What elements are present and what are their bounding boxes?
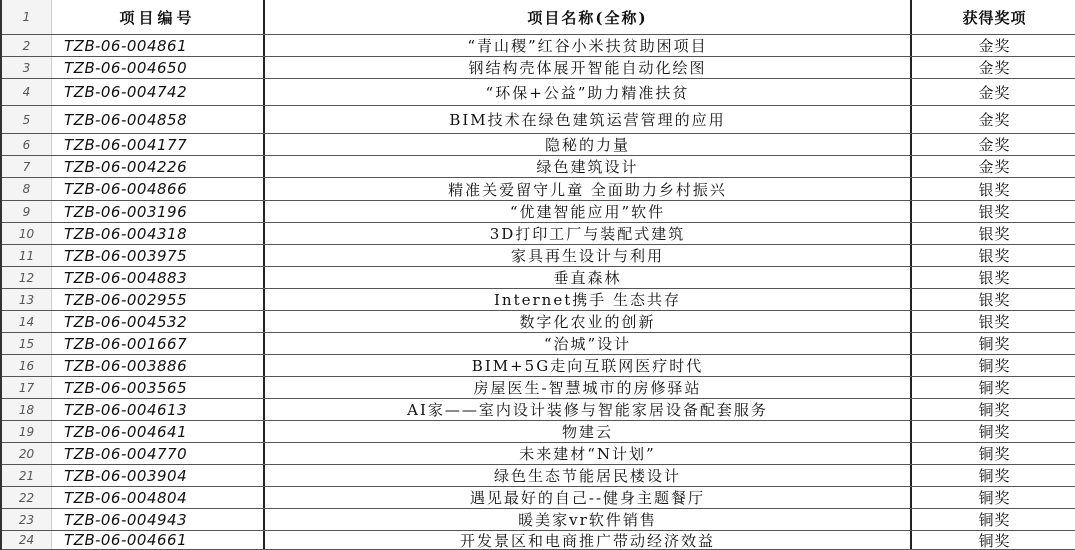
project-id-cell[interactable]: TZB-06-004943 xyxy=(52,509,265,530)
project-id-cell[interactable]: TZB-06-004650 xyxy=(52,57,265,78)
project-name-cell[interactable]: “治城”设计 xyxy=(265,333,912,354)
row-number[interactable]: 4 xyxy=(2,79,52,105)
award-cell[interactable]: 银奖 xyxy=(912,267,1075,288)
table-row: 4TZB-06-004742“环保+公益”助力精准扶贫金奖 xyxy=(2,79,1075,106)
project-name-cell[interactable]: 开发景区和电商推广带动经济效益 xyxy=(265,531,912,549)
row-number[interactable]: 2 xyxy=(2,35,52,56)
row-number[interactable]: 16 xyxy=(2,355,52,376)
project-id-cell[interactable]: TZB-06-004742 xyxy=(52,79,265,105)
header-award[interactable]: 获得奖项 xyxy=(912,0,1075,34)
row-number[interactable]: 23 xyxy=(2,509,52,530)
project-name-cell[interactable]: 数字化农业的创新 xyxy=(265,311,912,332)
award-cell[interactable]: 铜奖 xyxy=(912,465,1075,486)
project-id-cell[interactable]: TZB-06-004318 xyxy=(52,223,265,244)
award-cell[interactable]: 银奖 xyxy=(912,245,1075,266)
project-name-cell[interactable]: “优建智能应用”软件 xyxy=(265,201,912,222)
table-row: 21TZB-06-003904绿色生态节能居民楼设计铜奖 xyxy=(2,465,1075,487)
row-number[interactable]: 1 xyxy=(2,0,52,34)
award-cell[interactable]: 铜奖 xyxy=(912,443,1075,464)
row-number[interactable]: 24 xyxy=(2,531,52,549)
project-id-cell[interactable]: TZB-06-003196 xyxy=(52,201,265,222)
project-name-cell[interactable]: 隐秘的力量 xyxy=(265,134,912,155)
project-id-cell[interactable]: TZB-06-004858 xyxy=(52,106,265,133)
row-number[interactable]: 22 xyxy=(2,487,52,508)
award-cell[interactable]: 金奖 xyxy=(912,156,1075,177)
award-cell[interactable]: 银奖 xyxy=(912,201,1075,222)
project-name-cell[interactable]: 垂直森林 xyxy=(265,267,912,288)
project-id-cell[interactable]: TZB-06-003565 xyxy=(52,377,265,398)
table-row: 14TZB-06-004532数字化农业的创新银奖 xyxy=(2,311,1075,333)
table-row: 17TZB-06-003565房屋医生-智慧城市的房修驿站铜奖 xyxy=(2,377,1075,399)
table-row: 3TZB-06-004650钢结构壳体展开智能自动化绘图金奖 xyxy=(2,57,1075,79)
table-row: 20TZB-06-004770未来建材“N计划”铜奖 xyxy=(2,443,1075,465)
row-number[interactable]: 5 xyxy=(2,106,52,133)
table-row: 15TZB-06-001667“治城”设计铜奖 xyxy=(2,333,1075,355)
row-number[interactable]: 13 xyxy=(2,289,52,310)
project-id-cell[interactable]: TZB-06-002955 xyxy=(52,289,265,310)
project-id-cell[interactable]: TZB-06-003886 xyxy=(52,355,265,376)
award-cell[interactable]: 铜奖 xyxy=(912,333,1075,354)
award-cell[interactable]: 金奖 xyxy=(912,79,1075,105)
row-number[interactable]: 9 xyxy=(2,201,52,222)
row-number[interactable]: 18 xyxy=(2,399,52,420)
header-project-name[interactable]: 项目名称(全称) xyxy=(265,0,912,34)
award-cell[interactable]: 铜奖 xyxy=(912,399,1075,420)
project-name-cell[interactable]: Internet携手 生态共存 xyxy=(265,289,912,310)
table-row: 2TZB-06-004861“青山稷”红谷小米扶贫助困项目金奖 xyxy=(2,35,1075,57)
row-number[interactable]: 10 xyxy=(2,223,52,244)
project-name-cell[interactable]: 家具再生设计与利用 xyxy=(265,245,912,266)
row-number[interactable]: 17 xyxy=(2,377,52,398)
table-row: 22TZB-06-004804遇见最好的自己--健身主题餐厅铜奖 xyxy=(2,487,1075,509)
award-cell[interactable]: 金奖 xyxy=(912,35,1075,56)
project-id-cell[interactable]: TZB-06-004641 xyxy=(52,421,265,442)
project-name-cell[interactable]: 绿色生态节能居民楼设计 xyxy=(265,465,912,486)
award-cell[interactable]: 金奖 xyxy=(912,134,1075,155)
row-number[interactable]: 8 xyxy=(2,178,52,200)
project-name-cell[interactable]: 物建云 xyxy=(265,421,912,442)
table-row: 6TZB-06-004177隐秘的力量金奖 xyxy=(2,134,1075,156)
table-row: 18TZB-06-004613AI家——室内设计装修与智能家居设备配套服务铜奖 xyxy=(2,399,1075,421)
project-name-cell[interactable]: “青山稷”红谷小米扶贫助困项目 xyxy=(265,35,912,56)
project-id-cell[interactable]: TZB-06-004861 xyxy=(52,35,265,56)
project-id-cell[interactable]: TZB-06-004177 xyxy=(52,134,265,155)
row-number[interactable]: 11 xyxy=(2,245,52,266)
project-id-cell[interactable]: TZB-06-003975 xyxy=(52,245,265,266)
project-id-cell[interactable]: TZB-06-004804 xyxy=(52,487,265,508)
project-name-cell[interactable]: AI家——室内设计装修与智能家居设备配套服务 xyxy=(265,399,912,420)
award-cell[interactable]: 金奖 xyxy=(912,106,1075,133)
table-row: 11TZB-06-003975家具再生设计与利用银奖 xyxy=(2,245,1075,267)
spreadsheet: 1 项目编号 项目名称(全称) 获得奖项 2TZB-06-004861“青山稷”… xyxy=(0,0,1075,550)
project-name-cell[interactable]: 绿色建筑设计 xyxy=(265,156,912,177)
table-row: 16TZB-06-003886BIM+5G走向互联网医疗时代铜奖 xyxy=(2,355,1075,377)
project-name-cell[interactable]: 未来建材“N计划” xyxy=(265,443,912,464)
project-name-cell[interactable]: 房屋医生-智慧城市的房修驿站 xyxy=(265,377,912,398)
award-cell[interactable]: 铜奖 xyxy=(912,355,1075,376)
project-id-cell[interactable]: TZB-06-001667 xyxy=(52,333,265,354)
row-number[interactable]: 6 xyxy=(2,134,52,155)
row-number[interactable]: 3 xyxy=(2,57,52,78)
project-name-cell[interactable]: 暖美家vr软件销售 xyxy=(265,509,912,530)
table-row: 19TZB-06-004641物建云铜奖 xyxy=(2,421,1075,443)
row-number[interactable]: 21 xyxy=(2,465,52,486)
award-cell[interactable]: 铜奖 xyxy=(912,421,1075,442)
award-cell[interactable]: 铜奖 xyxy=(912,509,1075,530)
award-cell[interactable]: 铜奖 xyxy=(912,487,1075,508)
row-number[interactable]: 15 xyxy=(2,333,52,354)
header-row: 1 项目编号 项目名称(全称) 获得奖项 xyxy=(2,0,1075,35)
project-id-cell[interactable]: TZB-06-003904 xyxy=(52,465,265,486)
award-cell[interactable]: 金奖 xyxy=(912,57,1075,78)
project-id-cell[interactable]: TZB-06-004883 xyxy=(52,267,265,288)
project-id-cell[interactable]: TZB-06-004661 xyxy=(52,531,265,549)
row-number[interactable]: 19 xyxy=(2,421,52,442)
row-number[interactable]: 20 xyxy=(2,443,52,464)
table-row: 8TZB-06-004866精准关爱留守儿童 全面助力乡村振兴银奖 xyxy=(2,178,1075,201)
project-id-cell[interactable]: TZB-06-004532 xyxy=(52,311,265,332)
header-project-id[interactable]: 项目编号 xyxy=(52,0,265,34)
award-cell[interactable]: 铜奖 xyxy=(912,531,1075,549)
award-cell[interactable]: 银奖 xyxy=(912,289,1075,310)
project-id-cell[interactable]: TZB-06-004770 xyxy=(52,443,265,464)
award-cell[interactable]: 银奖 xyxy=(912,178,1075,200)
table-row: 24TZB-06-004661开发景区和电商推广带动经济效益铜奖 xyxy=(2,531,1075,550)
row-number[interactable]: 12 xyxy=(2,267,52,288)
table-row: 7TZB-06-004226绿色建筑设计金奖 xyxy=(2,156,1075,178)
row-number[interactable]: 14 xyxy=(2,311,52,332)
project-id-cell[interactable]: TZB-06-004866 xyxy=(52,178,265,200)
award-cell[interactable]: 银奖 xyxy=(912,223,1075,244)
project-name-cell[interactable]: BIM+5G走向互联网医疗时代 xyxy=(265,355,912,376)
award-cell[interactable]: 银奖 xyxy=(912,311,1075,332)
project-id-cell[interactable]: TZB-06-004226 xyxy=(52,156,265,177)
award-cell[interactable]: 铜奖 xyxy=(912,377,1075,398)
project-id-cell[interactable]: TZB-06-004613 xyxy=(52,399,265,420)
table-row: 9TZB-06-003196“优建智能应用”软件银奖 xyxy=(2,201,1075,223)
project-name-cell[interactable]: 精准关爱留守儿童 全面助力乡村振兴 xyxy=(265,178,912,200)
table-row: 12TZB-06-004883垂直森林银奖 xyxy=(2,267,1075,289)
project-name-cell[interactable]: 遇见最好的自己--健身主题餐厅 xyxy=(265,487,912,508)
row-number[interactable]: 7 xyxy=(2,156,52,177)
table-row: 13TZB-06-002955Internet携手 生态共存银奖 xyxy=(2,289,1075,311)
table-row: 23TZB-06-004943暖美家vr软件销售铜奖 xyxy=(2,509,1075,531)
project-name-cell[interactable]: 3D打印工厂与装配式建筑 xyxy=(265,223,912,244)
table-row: 10TZB-06-0043183D打印工厂与装配式建筑银奖 xyxy=(2,223,1075,245)
table-row: 5TZB-06-004858BIM技术在绿色建筑运营管理的应用金奖 xyxy=(2,106,1075,134)
project-name-cell[interactable]: BIM技术在绿色建筑运营管理的应用 xyxy=(265,106,912,133)
project-name-cell[interactable]: 钢结构壳体展开智能自动化绘图 xyxy=(265,57,912,78)
project-name-cell[interactable]: “环保+公益”助力精准扶贫 xyxy=(265,79,912,105)
